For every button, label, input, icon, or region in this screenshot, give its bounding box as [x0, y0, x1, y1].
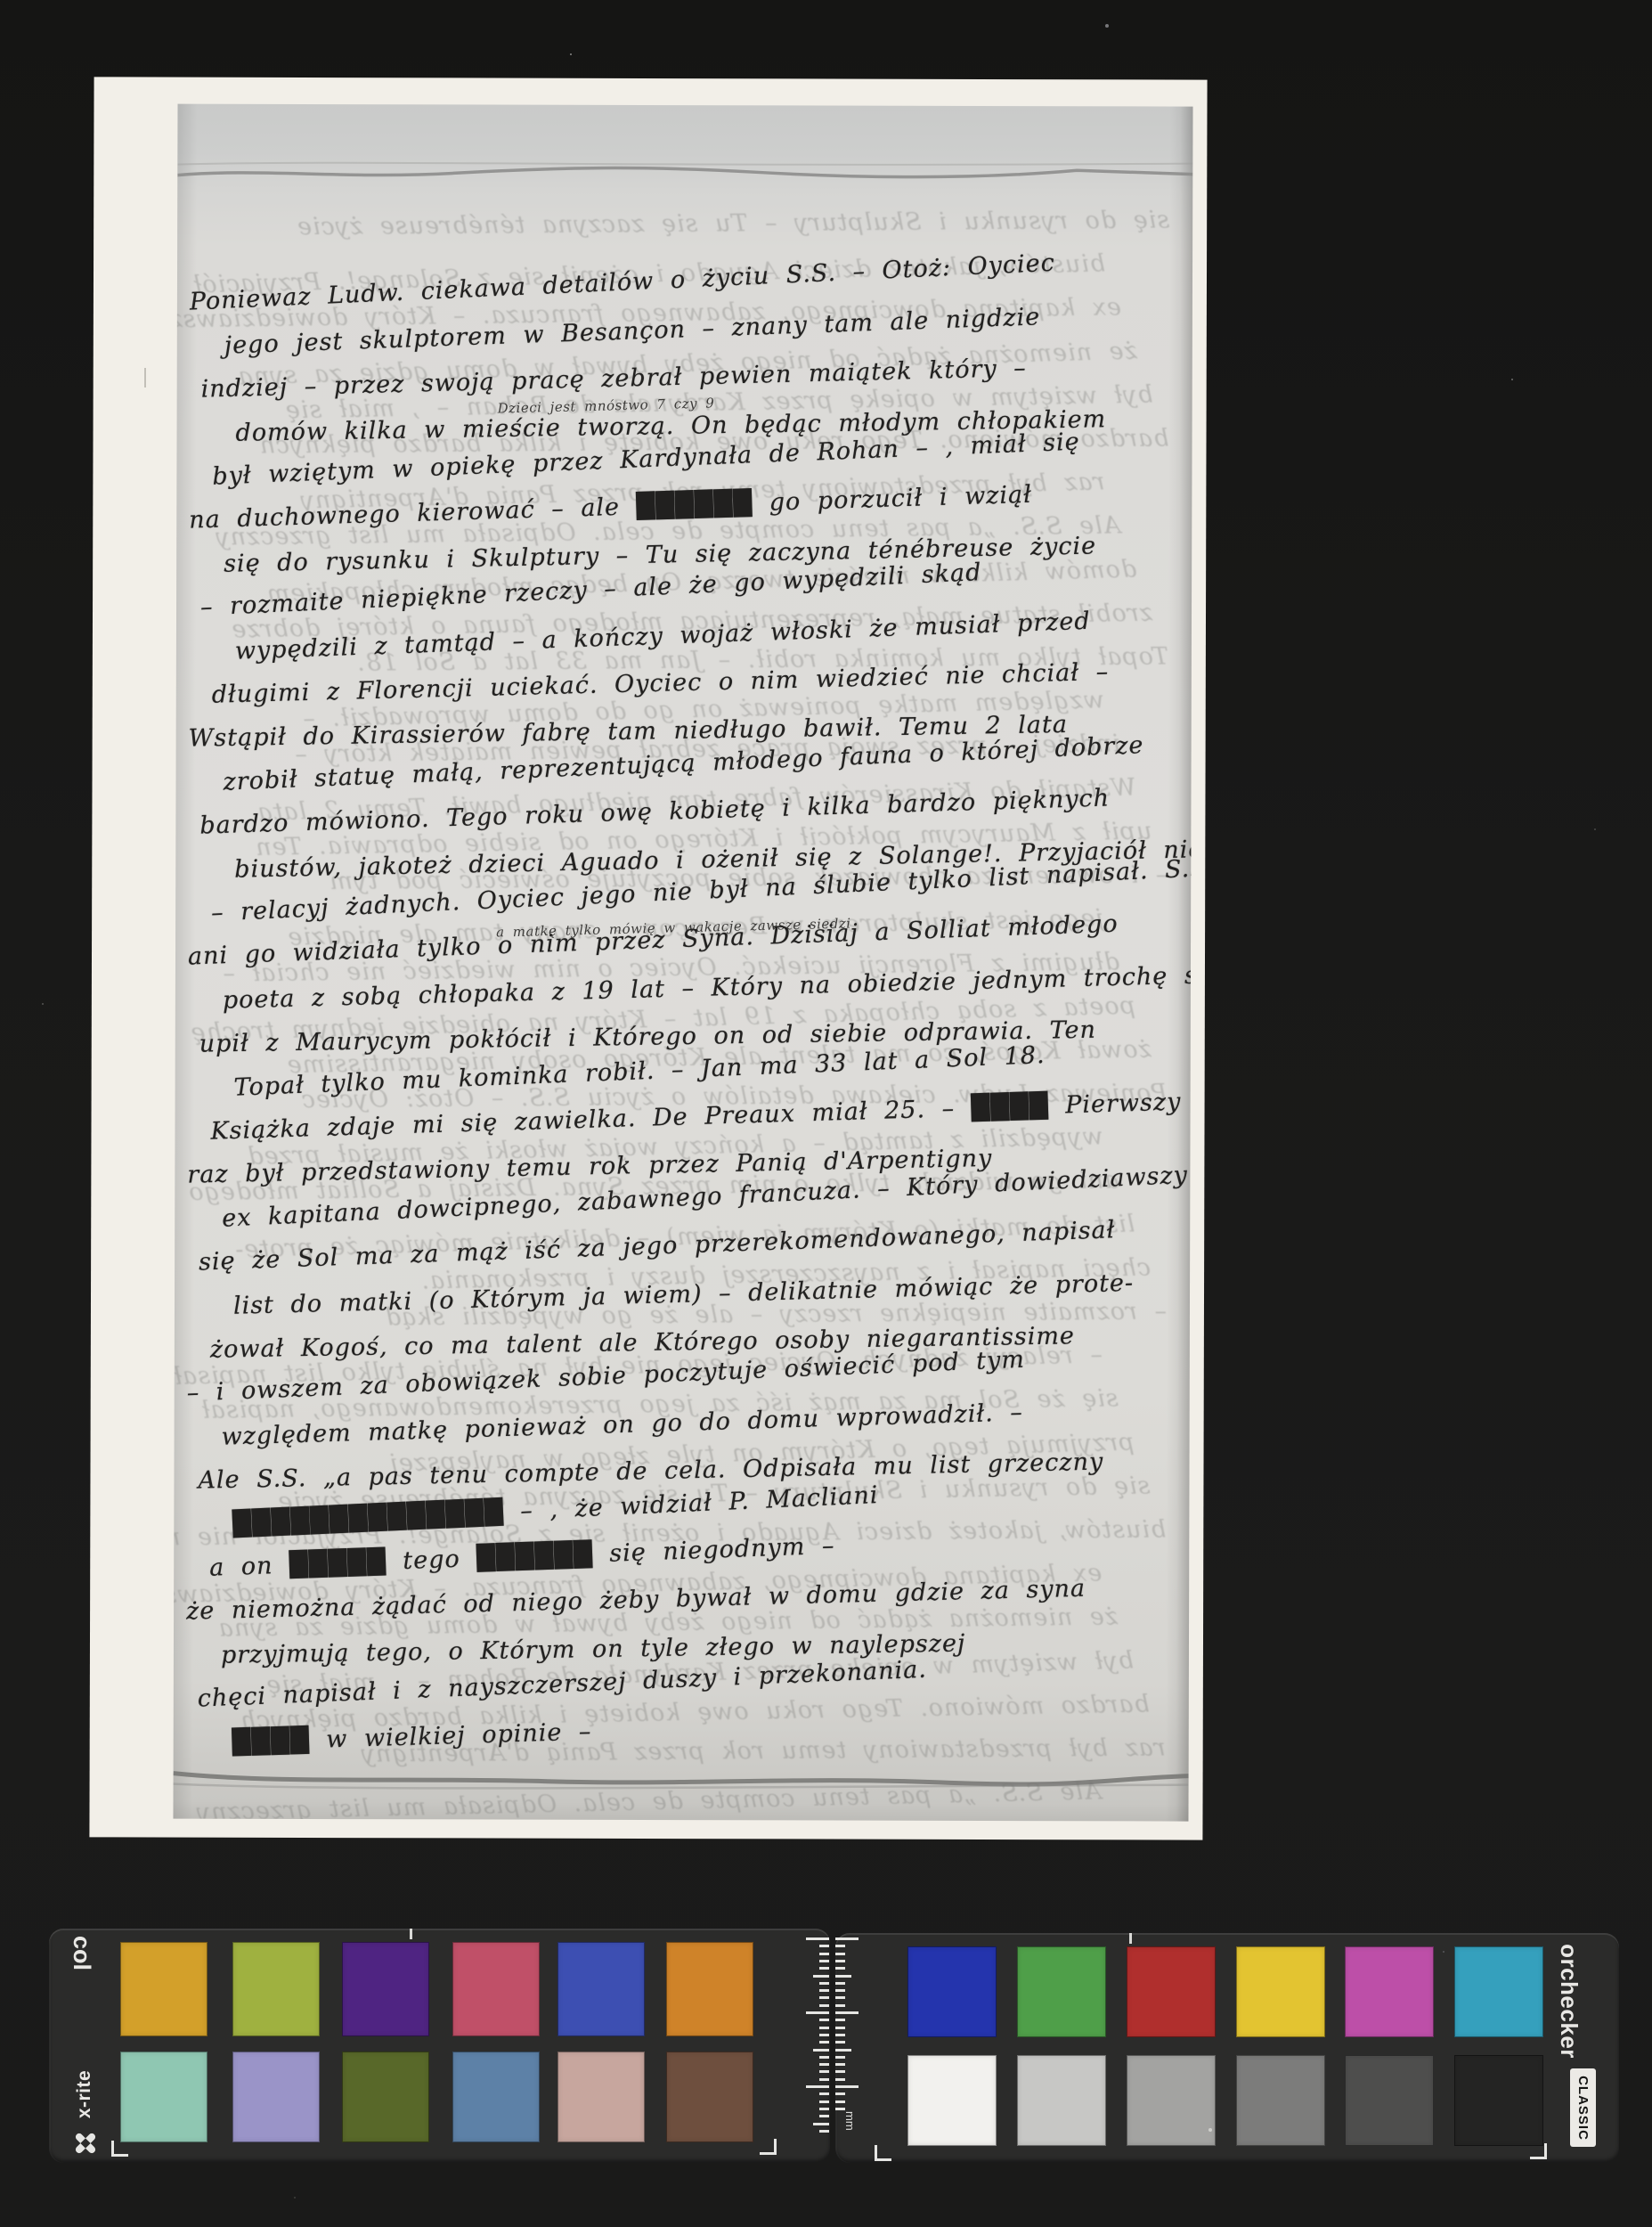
patch-orange [666, 1942, 753, 2036]
x-rite-pinwheel-icon [70, 2128, 101, 2158]
ruler-tick [835, 2027, 845, 2029]
patch-magenta [1345, 1946, 1434, 2037]
patch-dark-skin [666, 2052, 753, 2142]
ruler-tick [819, 1996, 829, 1999]
ruler-tick [835, 2092, 845, 2095]
ruler-tick [806, 2085, 829, 2088]
ruler-tick [835, 2041, 845, 2043]
patch-neutral-3-5 [1345, 2055, 1434, 2146]
manuscript-line: jego jest skulptorem w Besançon – znany … [224, 303, 1040, 359]
colorchecker-left-strip: col x-rite [49, 1929, 830, 2163]
ruler-tick [819, 1967, 829, 1970]
ruler-tick [835, 2004, 845, 2007]
ruler-tick [819, 2101, 829, 2103]
ruler-tick [835, 2034, 845, 2036]
ruler-tick [819, 2070, 829, 2073]
corner-mark-bottom-left [875, 2145, 891, 2161]
patch-neutral-6-5 [1127, 2055, 1216, 2146]
ruler-tick [835, 1953, 845, 1955]
ruler-tick [835, 2049, 851, 2052]
ruler-tick [819, 2108, 829, 2110]
manuscript-line: a on █████ tego ██████ się niegodnym – [209, 1532, 835, 1582]
ruler-tick [835, 2108, 845, 2110]
patch-blue-sky [452, 2052, 540, 2142]
handwriting-layer: Poniewaz Ludw. ciekawa detailów o życiu … [173, 104, 1192, 1822]
manuscript-line: ████ w wielkiej opinie – [232, 1717, 592, 1756]
registration-tick [410, 1929, 412, 1939]
ruler-tick [835, 2070, 845, 2073]
colorchecker-brand-text: orchecker [1550, 1937, 1586, 2066]
patch-purple [342, 1942, 429, 2036]
ruler-tick [835, 2056, 845, 2059]
mm-ruler-left [804, 1937, 829, 2142]
ruler-tick [835, 2063, 845, 2066]
patch-blue-flower [232, 2052, 320, 2142]
xrite-brand-text: x-rite [69, 2060, 101, 2128]
ruler-tick [819, 1982, 829, 1985]
manuscript-photograph: się do rysunku i Skulptury – Tu się zacz… [173, 104, 1192, 1822]
ruler-tick [819, 1960, 829, 1962]
manuscript-line: indziej – przez swoją pracę zebrał pewie… [200, 355, 1027, 404]
ruler-tick [835, 2085, 859, 2088]
ruler-tick [819, 2019, 829, 2021]
manuscript-line: na duchownego kierować – ale ██████ go p… [189, 481, 1033, 534]
ruler-tick [819, 2092, 829, 2095]
ruler-tick [819, 1945, 829, 1947]
ruler-tick [813, 2049, 829, 2052]
corner-mark-bottom-right [760, 2139, 777, 2155]
ruler-tick [819, 2027, 829, 2029]
patch-blue [907, 1946, 997, 2037]
manuscript-line: Poniewaz Ludw. ciekawa detailów o życiu … [189, 249, 1055, 316]
manuscript-line: Ale S.S. „a pas tenu compte de cela. Odp… [198, 1448, 1103, 1495]
ruler-tick [835, 1967, 845, 1970]
ruler-tick [835, 1996, 845, 1999]
archival-photo-scene: się do rysunku i Skulptury – Tu się zacz… [0, 0, 1652, 2227]
colorchecker-right-strip: mm orchecker CLASSIC [835, 1933, 1619, 2163]
ruler-tick [819, 1953, 829, 1955]
manuscript-line: list do matki (o Którym ja wiem) – delik… [233, 1269, 1135, 1320]
mm-ruler-right [835, 1937, 860, 2125]
ruler-tick [819, 1989, 829, 1992]
patch-black [1454, 2055, 1543, 2146]
registration-tick [1129, 1933, 1132, 1944]
ruler-tick [835, 1989, 845, 1992]
ruler-tick [835, 1975, 851, 1978]
manuscript-line: poeta z sobą chłopaka z 19 lat – Który n… [222, 961, 1192, 1015]
dust-specks [570, 53, 572, 55]
ruler-tick [819, 2078, 829, 2081]
edge-label-text: col [68, 1935, 95, 1970]
ruler-tick [819, 2063, 829, 2066]
ruler-tick [819, 2056, 829, 2059]
manuscript-line: względem matkę ponieważ on go do domu wp… [221, 1399, 1023, 1450]
ruler-tick [835, 2101, 845, 2103]
ruler-tick [813, 2123, 829, 2125]
ruler-tick [819, 2034, 829, 2036]
ruler-tick [813, 1975, 829, 1978]
ruler-tick [819, 2115, 829, 2117]
patch-moderate-red [452, 1942, 540, 2036]
patch-foliage [342, 2052, 429, 2142]
patch-orange-yellow [120, 1942, 208, 2036]
ruler-tick [835, 1937, 859, 1940]
patch-bluish-green [120, 2052, 208, 2142]
corner-mark-bottom-left [111, 2141, 128, 2157]
patch-light-skin [557, 2052, 645, 2142]
ruler-tick [835, 2019, 845, 2021]
patch-red [1127, 1946, 1216, 2037]
ruler-tick [835, 1960, 845, 1962]
patch-white [907, 2055, 997, 2146]
patch-neutral-8 [1017, 2055, 1106, 2146]
ruler-tick [819, 2041, 829, 2043]
colorchecker-edge-label: col [65, 1925, 97, 1980]
classic-badge: CLASSIC [1570, 2068, 1596, 2147]
ruler-tick [806, 1937, 829, 1940]
patch-neutral-5 [1236, 2055, 1325, 2146]
ruler-tick [835, 2078, 845, 2081]
ruler-tick [806, 2011, 829, 2014]
manuscript-line: że niemożna żądać od niego żeby bywał w … [186, 1575, 1086, 1626]
ruler-tick [835, 1982, 845, 1985]
ruler-tick [819, 2004, 829, 2007]
patch-green [1017, 1946, 1106, 2037]
patch-cyan [1454, 1946, 1543, 2037]
manuscript-line: długimi z Florencji uciekać. Oyciec o ni… [211, 658, 1109, 709]
ruler-tick [835, 1945, 845, 1947]
patch-purplish-blue [557, 1942, 645, 2036]
paper-scratch [144, 368, 146, 387]
ruler-tick [835, 2011, 859, 2014]
patch-yellow-green [232, 1942, 320, 2036]
manuscript-line: wypędzili z tamtąd – a kończy wojaż włos… [234, 608, 1091, 665]
manuscript-line: bardzo mówiono. Tego roku owę kobietę i … [199, 784, 1111, 839]
ruler-tick [819, 2130, 829, 2133]
photo-print: się do rysunku i Skulptury – Tu się zacz… [89, 77, 1207, 1840]
mm-unit-label: mm [843, 2111, 857, 2131]
patch-yellow [1236, 1946, 1325, 2037]
